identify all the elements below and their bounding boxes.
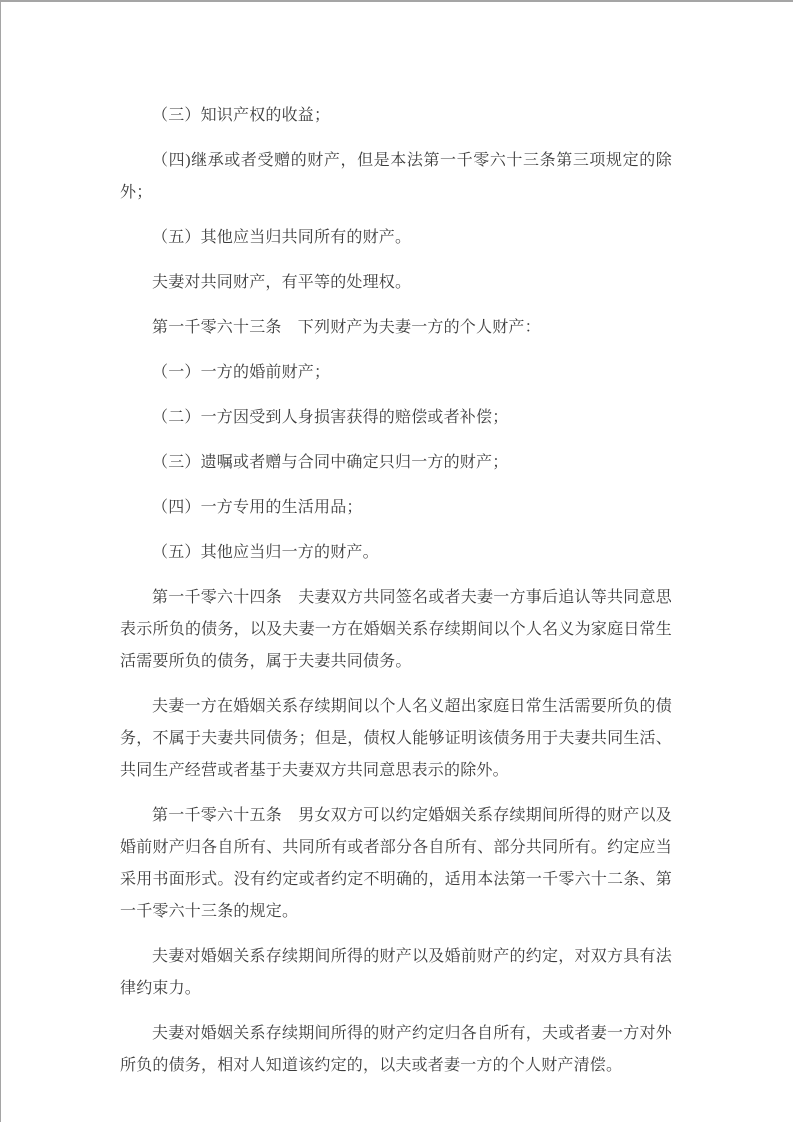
para-equal-disposal-right: 夫妻对共同财产，有平等的处理权。 (120, 267, 672, 299)
article-1063-item-1: （一）一方的婚前财产； (120, 357, 672, 389)
article-1065-para-2: 夫妻对婚姻关系存续期间所得的财产以及婚前财产的约定，对双方具有法律约束力。 (120, 941, 672, 1005)
document-page: { "page": { "background": "#ffffff", "te… (0, 0, 793, 1122)
common-property-item-4: （四)继承或者受赠的财产，但是本法第一千零六十三条第三项规定的除外； (120, 145, 672, 209)
common-property-item-5: （五）其他应当归共同所有的财产。 (120, 222, 672, 254)
document-body: （三）知识产权的收益；（四)继承或者受赠的财产，但是本法第一千零六十三条第三项规… (120, 100, 672, 1095)
article-1063-item-2: （二）一方因受到人身损害获得的赔偿或者补偿； (120, 402, 672, 434)
article-1063-item-4: （四）一方专用的生活用品； (120, 492, 672, 524)
article-1065-para-3: 夫妻对婚姻关系存续期间所得的财产约定归各自所有，夫或者妻一方对外所负的债务，相对… (120, 1018, 672, 1082)
common-property-item-3: （三）知识产权的收益； (120, 100, 672, 132)
article-1065-para-1: 第一千零六十五条 男女双方可以约定婚姻关系存续期间所得的财产以及婚前财产归各自所… (120, 800, 672, 928)
article-1063-item-3: （三）遗嘱或者赠与合同中确定只归一方的财产； (120, 447, 672, 479)
article-1064-para-1: 第一千零六十四条 夫妻双方共同签名或者夫妻一方事后追认等共同意思表示所负的债务，… (120, 582, 672, 678)
article-1063-item-5: （五）其他应当归一方的财产。 (120, 537, 672, 569)
article-1064-para-2: 夫妻一方在婚姻关系存续期间以个人名义超出家庭日常生活需要所负的债务，不属于夫妻共… (120, 691, 672, 787)
page-left-edge (0, 0, 1, 1122)
page-top-edge (0, 0, 793, 2)
article-1063-intro: 第一千零六十三条 下列财产为夫妻一方的个人财产： (120, 312, 672, 344)
